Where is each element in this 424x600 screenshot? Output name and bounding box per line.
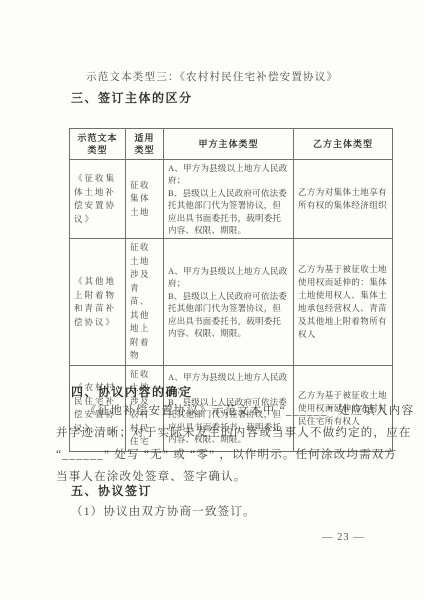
section4-paragraph-line: “______” 处写 “无” 或 “零” ，以作明示。任何涂改均需双方 xyxy=(56,446,396,462)
intro-line: 示范文本类型三：《农村村民住宅补偿安置协议》 xyxy=(86,69,338,84)
cell-applicable-type: 征收集体土地 xyxy=(126,160,164,239)
section4-paragraph-line: 并字迹清晰；对于实际未发生的内容或当事人不做约定的，应在 xyxy=(56,424,396,440)
section4-paragraph-line: 《征地补偿安置协议》示范文本中 “______” 处应填入内容 xyxy=(56,402,424,418)
cell-doc-type: 《征收集体土地补偿安置协议》 xyxy=(70,160,126,239)
col-header-party-a: 甲方主体类型 xyxy=(164,129,294,160)
col-header-party-b: 乙方主体类型 xyxy=(294,129,393,160)
cell-party-a: A、甲方为县级以上地方人民政府； B、县级以上人民政府可依法委托其他部门代为签署… xyxy=(164,160,294,239)
section4-heading: 四、协议内容的确定 xyxy=(71,383,193,400)
party-a-item-b: B、县级以上人民政府可依法委托其他部门代为签署协议，但应出具书面委托书，载明委托… xyxy=(168,187,289,237)
col-header-applicable-type: 适用类型 xyxy=(126,129,164,160)
cell-applicable-type: 征收土地涉及青苗、其他地上附着物 xyxy=(126,239,164,366)
col-header-doc-type: 示范文本类型 xyxy=(70,129,126,160)
section3-heading: 三、签订主体的区分 xyxy=(71,89,193,106)
cell-party-a: A、甲方为县级以上地方人民政府； B、县级以上人民政府可依法委托其他部门代为签署… xyxy=(164,239,294,366)
table-header-row: 示范文本类型 适用类型 甲方主体类型 乙方主体类型 xyxy=(70,129,393,160)
section5-item-1: （1）协议由双方协商一致签订。 xyxy=(71,503,256,519)
page-number: — 23 — xyxy=(322,532,365,543)
document-page: 示范文本类型三：《农村村民住宅补偿安置协议》 三、签订主体的区分 示范文本类型 … xyxy=(0,0,424,600)
table-row: 《其他地上附着物和青苗补偿协议》 征收土地涉及青苗、其他地上附着物 A、甲方为县… xyxy=(70,239,393,366)
party-a-item-a: A、甲方为县级以上地方人民政府； xyxy=(168,265,289,290)
party-a-item-b: B、县级以上人民政府可依法委托其他部门代为签署协议，但应出具书面委托书，载明委托… xyxy=(168,290,289,340)
cell-party-b: 乙方为基于被征收土地使用权而延伸的：集体土地使用权人、集体土地承包经营权人、青苗… xyxy=(294,239,393,366)
cell-party-b: 乙方为对集体土地享有所有权的集体经济组织 xyxy=(294,160,393,239)
cell-doc-type: 《其他地上附着物和青苗补偿协议》 xyxy=(70,239,126,366)
table-row: 《征收集体土地补偿安置协议》 征收集体土地 A、甲方为县级以上地方人民政府； B… xyxy=(70,160,393,239)
party-a-item-a: A、甲方为县级以上地方人民政府； xyxy=(168,162,289,187)
section5-heading: 五、协议签订 xyxy=(71,482,152,499)
